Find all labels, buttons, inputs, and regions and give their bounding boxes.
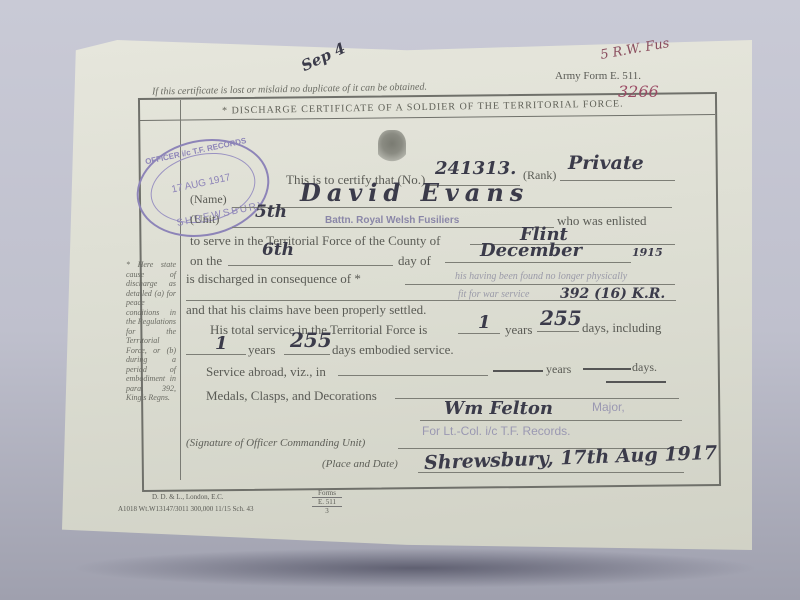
margin-note: * Here state cause of discharge as detai…: [126, 260, 176, 403]
print-code: A1018 Wt.W13147/3011 300,000 11/15 Sch. …: [118, 505, 253, 513]
army-form-number: Army Form E. 511.: [555, 70, 641, 82]
unit-line: [232, 227, 554, 228]
enlist-day[interactable]: 6th: [262, 240, 294, 260]
discharge-reason-ref[interactable]: 392 (16) K.R.: [560, 286, 665, 302]
discharged-text: is discharged in consequence of *: [186, 271, 361, 287]
embodied-days-line: [284, 354, 330, 355]
enlist-year[interactable]: 1915: [632, 246, 663, 259]
officer-signature[interactable]: Wm Felton: [444, 398, 553, 419]
soldier-name[interactable]: David Evans: [300, 178, 529, 207]
days-embodied-text: days embodied service.: [332, 342, 454, 358]
royal-crest-icon: [378, 130, 406, 164]
abroad-line: [338, 375, 488, 376]
reason-line1: [405, 284, 675, 285]
abroad-years-dash: [493, 370, 543, 372]
unit-label: (Unit): [190, 212, 219, 227]
embodied-years-value[interactable]: 1: [215, 333, 228, 354]
embodied-years-line: [186, 354, 246, 355]
discharge-reason-line1[interactable]: his having been found no longer physical…: [455, 271, 627, 282]
enlisted-text: who was enlisted: [557, 213, 647, 229]
forms-label: Forms: [312, 489, 342, 498]
day-of-text: day of: [398, 253, 431, 269]
enlist-month[interactable]: December: [480, 240, 582, 261]
total-years-value[interactable]: 1: [478, 312, 491, 333]
days-including-text: days, including: [582, 320, 661, 336]
medals-text: Medals, Clasps, and Decorations: [206, 388, 377, 404]
signature-rank: Major,: [592, 400, 625, 414]
embodied-years-label: years: [248, 342, 275, 358]
forms-num: 3: [312, 507, 342, 515]
unit-prefix[interactable]: 5th: [255, 202, 287, 222]
on-the-text: on the: [190, 253, 222, 269]
unit-printed-stamp: Battn. Royal Welsh Fusiliers: [325, 215, 459, 226]
abroad-years-label: years: [546, 362, 571, 377]
total-years-label: years: [505, 322, 532, 338]
day-line: [228, 265, 393, 266]
discharge-reason-line2[interactable]: fit for war service: [458, 289, 529, 300]
serve-text: to serve in the Territorial Force of the…: [190, 233, 440, 249]
signature-line: [420, 420, 682, 421]
month-line: [445, 262, 631, 263]
abroad-text: Service abroad, viz., in: [206, 364, 326, 380]
rank-value[interactable]: Private: [568, 152, 644, 174]
abroad-days-dash: [583, 368, 631, 370]
settled-text: and that his claims have been properly s…: [186, 302, 426, 318]
printer-imprint: D. D. & L., London, E.C.: [152, 493, 224, 501]
service-number[interactable]: 241313.: [435, 158, 516, 179]
abroad-days-label: days.: [632, 360, 657, 375]
total-years-line: [458, 333, 500, 334]
name-label: (Name): [190, 192, 227, 207]
forms-ref: E. 511: [312, 498, 342, 507]
signature-for-text: For Lt.-Col. i/c T.F. Records.: [422, 424, 570, 438]
embodied-days-value[interactable]: 255: [290, 328, 332, 352]
total-days-value[interactable]: 255: [540, 306, 582, 330]
place-date-label: (Place and Date): [322, 458, 398, 470]
signature-label: (Signature of Officer Commanding Unit): [186, 437, 365, 449]
paper-shadow: [70, 548, 760, 588]
certificate-number: 3266: [618, 82, 659, 101]
name-line: [232, 207, 672, 208]
total-days-line: [537, 331, 579, 332]
rank-line: [560, 180, 675, 181]
place-date-line: [418, 472, 684, 473]
medals-dash: [606, 381, 666, 383]
